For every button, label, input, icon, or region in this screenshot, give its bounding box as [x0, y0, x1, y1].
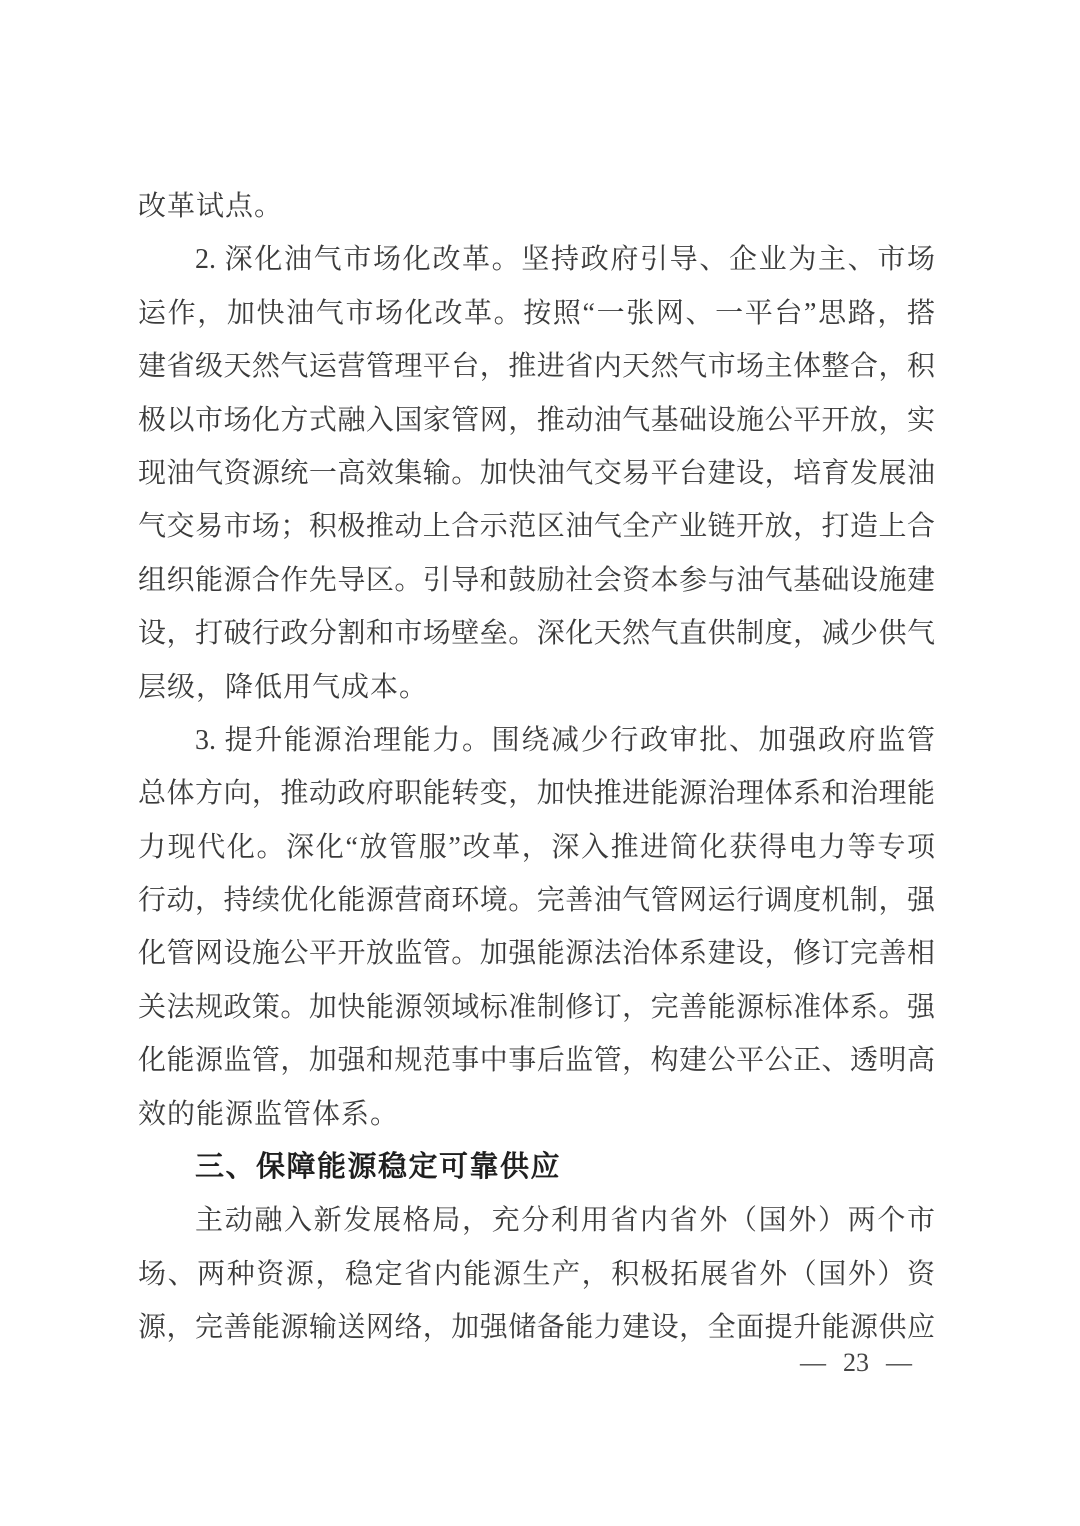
text-line: 化能源监管，加强和规范事中事后监管，构建公平公正、透明高 — [138, 1034, 935, 1087]
text-line: 层级，降低用气成本。 — [138, 661, 935, 714]
text-line: 关法规政策。加快能源领域标准制修订，完善能源标准体系。强 — [138, 981, 935, 1034]
text-line: 场、两种资源，稳定省内能源生产，积极拓展省外（国外）资 — [138, 1248, 935, 1301]
text-line: 建省级天然气运营管理平台，推进省内天然气市场主体整合，积 — [138, 340, 935, 393]
text-line: 主动融入新发展格局，充分利用省内省外（国外）两个市 — [138, 1194, 935, 1247]
page-number-dash-right: — — [886, 1348, 912, 1378]
text-line: 运作，加快油气市场化改革。按照“一张网、一平台”思路，搭 — [138, 287, 935, 340]
text-line: 气交易市场；积极推动上合示范区油气全产业链开放，打造上合 — [138, 500, 935, 553]
document-page: 改革试点。 2. 深化油气市场化改革。坚持政府引导、企业为主、市场 运作，加快油… — [0, 0, 1080, 1526]
text-line: 极以市场化方式融入国家管网，推动油气基础设施公平开放，实 — [138, 394, 935, 447]
page-number-dash-left: — — [800, 1348, 826, 1378]
text-line: 现油气资源统一高效集输。加快油气交易平台建设，培育发展油 — [138, 447, 935, 500]
text-line: 力现代化。深化“放管服”改革，深入推进简化获得电力等专项 — [138, 821, 935, 874]
page-number: — 23 — — [788, 1348, 924, 1378]
text-line: 2. 深化油气市场化改革。坚持政府引导、企业为主、市场 — [138, 233, 935, 286]
text-line: 设，打破行政分割和市场壁垒。深化天然气直供制度，减少供气 — [138, 607, 935, 660]
text-line: 总体方向，推动政府职能转变，加快推进能源治理体系和治理能 — [138, 767, 935, 820]
document-body: 改革试点。 2. 深化油气市场化改革。坚持政府引导、企业为主、市场 运作，加快油… — [138, 180, 935, 1355]
text-line: 行动，持续优化能源营商环境。完善油气管网运行调度机制，强 — [138, 874, 935, 927]
text-line: 化管网设施公平开放监管。加强能源法治体系建设，修订完善相 — [138, 927, 935, 980]
section-heading: 三、保障能源稳定可靠供应 — [138, 1141, 935, 1194]
text-line: 效的能源监管体系。 — [138, 1088, 935, 1141]
text-line: 3. 提升能源治理能力。围绕减少行政审批、加强政府监管 — [138, 714, 935, 767]
text-line: 改革试点。 — [138, 180, 935, 233]
text-line: 组织能源合作先导区。引导和鼓励社会资本参与油气基础设施建 — [138, 554, 935, 607]
text-line: 源，完善能源输送网络，加强储备能力建设，全面提升能源供应 — [138, 1301, 935, 1354]
page-number-value: 23 — [843, 1348, 869, 1378]
